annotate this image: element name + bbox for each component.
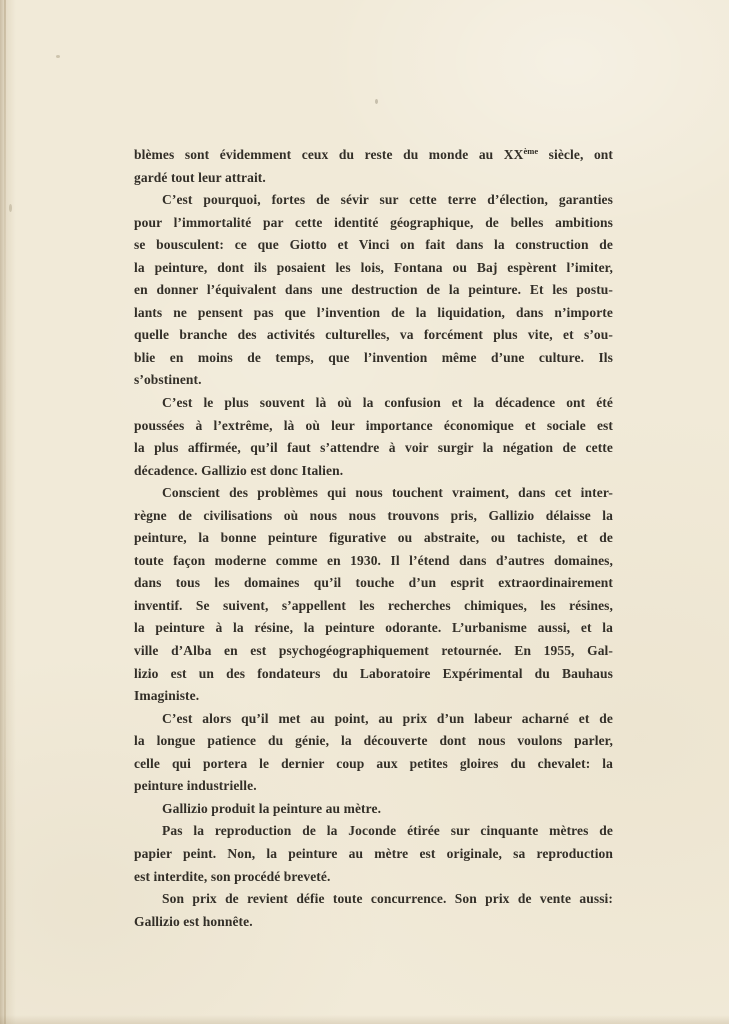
superscript-ordinal: ème xyxy=(523,146,538,156)
text-line: Conscient des problèmes qui nous touchen… xyxy=(134,482,613,505)
text-line: Imaginiste. xyxy=(134,685,613,708)
text-line: la peinture à la résine, la peinture odo… xyxy=(134,617,613,640)
text-line: la longue patience du génie, la découver… xyxy=(134,730,613,753)
text-line: dans tous les domaines qu’il touche d’un… xyxy=(134,572,613,595)
text-line: en donner l’équivalent dans une destruct… xyxy=(134,279,613,302)
text-line: décadence. Gallizio est donc Italien. xyxy=(134,460,613,483)
text-line: Pas la reproduction de la Joconde étirée… xyxy=(134,820,613,843)
text-line: ville d’Alba en est psychogéographiqueme… xyxy=(134,640,613,663)
text-line: règne de civilisations où nous nous trou… xyxy=(134,505,613,528)
text-line: celle qui portera le dernier coup aux pe… xyxy=(134,753,613,776)
text-line: peinture industrielle. xyxy=(134,775,613,798)
text-line: Son prix de revient défie toute concurre… xyxy=(134,888,613,911)
scanned-page: blèmes sont évidemment ceux du reste du … xyxy=(0,0,729,1024)
text-line: pour l’immortalité par cette identité gé… xyxy=(134,212,613,235)
paper-speck xyxy=(375,99,378,104)
text-line: inventif. Se suivent, s’appellent les re… xyxy=(134,595,613,618)
text-line: est interdite, son procédé breveté. xyxy=(134,866,613,889)
text-line: Gallizio est honnête. xyxy=(134,911,613,934)
text-line: blèmes sont évidemment ceux du reste du … xyxy=(134,144,613,167)
text-line: quelle branche des activités culturelles… xyxy=(134,324,613,347)
text-block: blèmes sont évidemment ceux du reste du … xyxy=(134,144,613,933)
paper-speck xyxy=(9,204,12,212)
text-line: blie en moins de temps, que l’invention … xyxy=(134,347,613,370)
text-line: lizio est un des fondateurs du Laboratoi… xyxy=(134,663,613,686)
text-line: C’est alors qu’il met au point, au prix … xyxy=(134,708,613,731)
text-line: C’est le plus souvent là où la confusion… xyxy=(134,392,613,415)
paper-speck xyxy=(56,55,60,58)
line-text: siècle, ont xyxy=(538,147,613,162)
line-text: blèmes sont évidemment ceux du reste du … xyxy=(134,147,523,162)
text-line: toute façon moderne comme en 1930. Il l’… xyxy=(134,550,613,573)
text-line: lants ne pensent pas que l’invention de … xyxy=(134,302,613,325)
page-binding-edge xyxy=(4,0,6,1024)
text-line: papier peint. Non, la peinture au mètre … xyxy=(134,843,613,866)
text-line: s’obstinent. xyxy=(134,369,613,392)
text-line: gardé tout leur attrait. xyxy=(134,167,613,190)
text-line: peinture, la bonne peinture figurative o… xyxy=(134,527,613,550)
text-line: C’est pourquoi, fortes de sévir sur cett… xyxy=(134,189,613,212)
text-line: Gallizio produit la peinture au mètre. xyxy=(134,798,613,821)
text-line: la plus affirmée, qu’il faut s’attendre … xyxy=(134,437,613,460)
text-line: la peinture, dont ils posaient les lois,… xyxy=(134,257,613,280)
text-line: se bousculent: ce que Giotto et Vinci on… xyxy=(134,234,613,257)
text-line: poussées à l’extrême, là où leur importa… xyxy=(134,415,613,438)
